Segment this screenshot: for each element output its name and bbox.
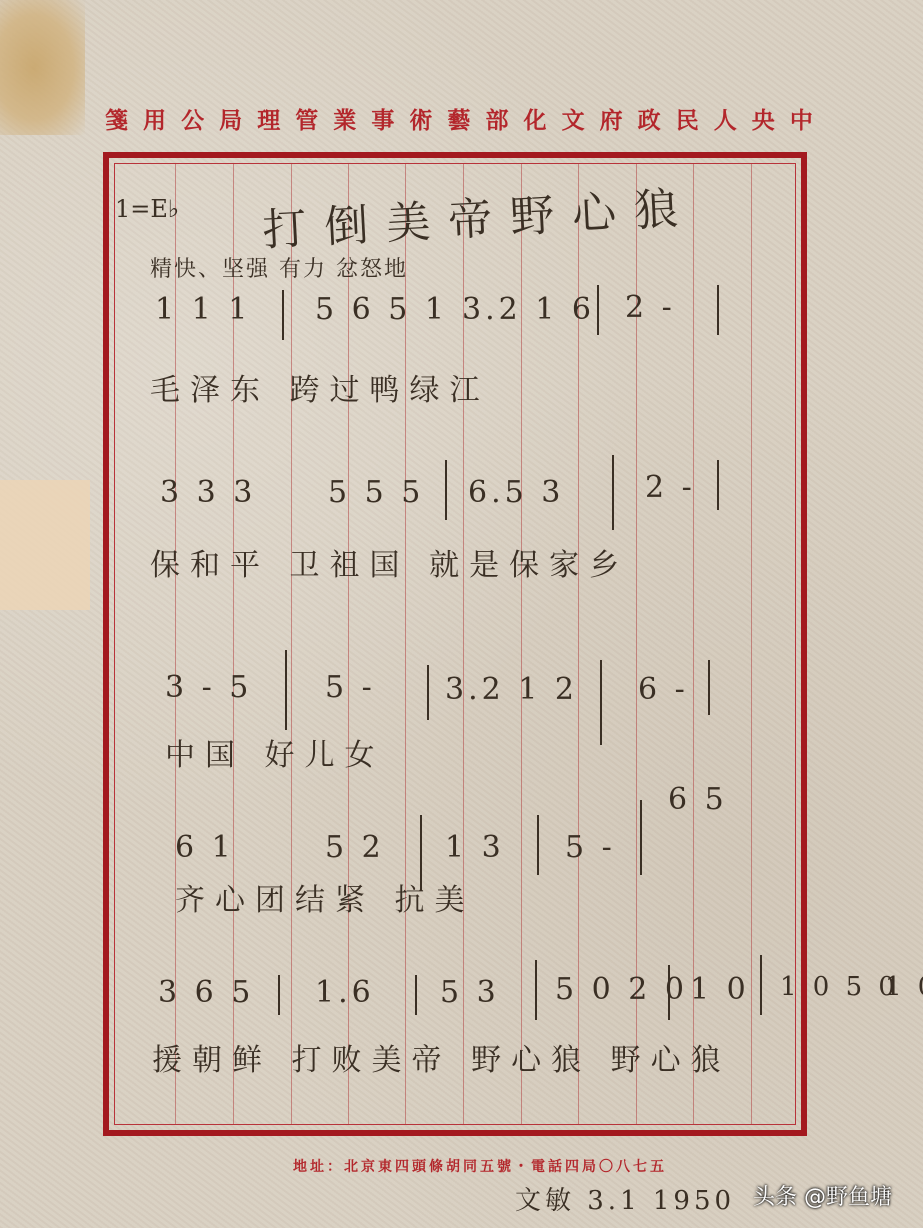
signature-date: 文敏 3.1 1950 [515, 1180, 735, 1217]
notation-measure: 1 0 5 0 [780, 972, 899, 1002]
letterhead-header-char: 理 [257, 102, 282, 135]
notation-measure: 2 - [645, 470, 696, 505]
bar-line [600, 660, 602, 745]
bar-line [278, 975, 280, 1015]
notation-measure: 5 2 [325, 830, 385, 865]
bar-line [597, 285, 599, 335]
notation-measure: 5 5 5 [328, 475, 424, 510]
letterhead-header-char: 化 [524, 102, 549, 135]
notation-measure: 1 3 [445, 830, 505, 865]
bar-line [415, 975, 417, 1015]
letterhead-header-char: 術 [409, 102, 434, 135]
bar-line [760, 955, 762, 1015]
letterhead-header: 箋用公局理管業事術藝部化文府政民人央中 [105, 100, 815, 136]
bar-line [612, 455, 614, 530]
letterhead-header-char: 箋 [105, 102, 130, 135]
notation-measure: 3 3 3 [160, 475, 256, 510]
bar-line [708, 660, 710, 715]
letterhead-header-char: 公 [181, 102, 206, 135]
notation-measure: 3.2 1 2 [445, 672, 578, 707]
letterhead-header-char: 政 [638, 102, 663, 135]
notation-measure: 6 - [638, 672, 689, 707]
lyrics-line: 援朝鲜 打败美帝 野心狼 野心狼 [152, 1035, 731, 1079]
notation-measure: 1 1 1 [155, 292, 251, 327]
notation-measure: 3.2 1 6 [462, 292, 595, 327]
bar-line [445, 460, 447, 520]
ruled-line [751, 164, 752, 1124]
key-signature: 1=E♭ [115, 195, 179, 223]
notation-measure: 1.6 [315, 975, 375, 1010]
lyrics-line: 毛泽东 跨过鸭绿江 [150, 365, 490, 409]
lyrics-line: 中国 好儿女 [165, 730, 385, 774]
tape-residue [0, 480, 90, 610]
notation-measure: 1 0 [690, 972, 750, 1007]
bar-line [717, 460, 719, 510]
letterhead-header-char: 用 [143, 102, 168, 135]
notation-measure: 1 0 [885, 972, 923, 1002]
bar-line [427, 665, 429, 720]
letterhead-header-char: 局 [219, 102, 244, 135]
paper-stain [0, 0, 85, 135]
watermark: 头条 @野鱼塘 [753, 1180, 892, 1211]
letterhead-header-char: 人 [714, 102, 739, 135]
tempo-marking: 精快、坚强 有力 忿怒地 [150, 252, 408, 283]
letterhead-footer: 地址：北京東四頭條胡同五號・電話四局〇八七五 [170, 1156, 790, 1176]
letterhead-header-char: 府 [600, 102, 625, 135]
notation-measure: 5 - [325, 670, 376, 705]
bar-line [535, 960, 537, 1020]
notation-measure: 3 - 5 [165, 670, 252, 705]
notation-measure: 6 5 [668, 782, 728, 817]
notation-measure: 6 1 [175, 830, 235, 865]
letterhead-header-char: 文 [562, 102, 587, 135]
lyrics-line: 齐心团结紧 抗美 [175, 875, 475, 919]
lyrics-line: 保和平 卫祖国 就是保家乡 [150, 540, 629, 584]
bar-line [285, 650, 287, 730]
letterhead-header-char: 中 [790, 102, 815, 135]
letterhead-header-char: 業 [333, 102, 358, 135]
letterhead-header-char: 管 [295, 102, 320, 135]
notation-measure: 5 6 5 1 [315, 292, 448, 327]
notation-measure: 5 - [565, 830, 616, 865]
notation-measure: 5 3 [440, 975, 500, 1010]
bar-line [537, 815, 539, 875]
letterhead-header-char: 民 [676, 102, 701, 135]
letterhead-header-char: 央 [752, 102, 777, 135]
bar-line [282, 290, 284, 340]
letterhead-header-char: 藝 [447, 102, 472, 135]
bar-line [640, 800, 642, 875]
notation-measure: 2 - [625, 290, 676, 325]
bar-line [668, 965, 670, 1020]
ruled-line [291, 164, 292, 1124]
letterhead-header-char: 部 [485, 102, 510, 135]
notation-measure: 3 6 5 [158, 975, 254, 1010]
bar-line [717, 285, 719, 335]
notation-measure: 6.5 3 [468, 475, 564, 510]
letterhead-header-char: 事 [371, 102, 396, 135]
